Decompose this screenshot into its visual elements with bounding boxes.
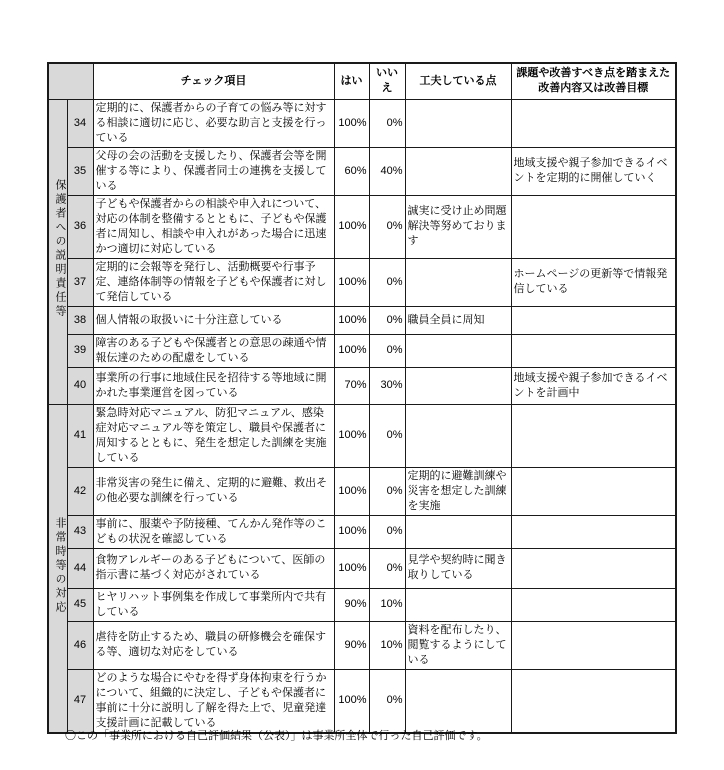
row-number: 47 xyxy=(67,669,93,733)
devised-point-text: 誠実に受け止め問題解決等努めております xyxy=(405,195,511,258)
column-header-devised-points: 工夫している点 xyxy=(405,63,511,99)
improvement-note-text xyxy=(511,548,676,588)
yes-percent: 100% xyxy=(334,195,369,258)
yes-percent: 100% xyxy=(334,404,369,467)
yes-percent: 100% xyxy=(334,515,369,548)
row-number: 42 xyxy=(67,467,93,515)
table-row: 43事前に、服薬や予防接種、てんかん発作等のこどもの状況を確認している100%0… xyxy=(48,515,676,548)
devised-point-text xyxy=(405,669,511,733)
no-percent: 10% xyxy=(369,588,405,621)
row-number: 41 xyxy=(67,404,93,467)
row-number: 34 xyxy=(67,99,93,147)
yes-percent: 100% xyxy=(334,99,369,147)
no-percent: 0% xyxy=(369,515,405,548)
no-percent: 0% xyxy=(369,99,405,147)
no-percent: 30% xyxy=(369,367,405,404)
self-evaluation-table: チェック項目 はい いいえ 工夫している点 課題や改善すべき点を踏まえた改善内容… xyxy=(47,62,677,734)
section-label: 非常時等の対応 xyxy=(48,404,67,733)
table-row: 42非常災害の発生に備え、定期的に避難、救出その他必要な訓練を行っている100%… xyxy=(48,467,676,515)
no-percent: 0% xyxy=(369,404,405,467)
check-item-text: 障害のある子どもや保護者との意思の疎通や情報伝達のための配慮をしている xyxy=(93,334,334,367)
row-number: 38 xyxy=(67,306,93,334)
corner-cell xyxy=(48,63,93,99)
improvement-note-text xyxy=(511,99,676,147)
row-number: 43 xyxy=(67,515,93,548)
yes-percent: 100% xyxy=(334,306,369,334)
check-item-text: 非常災害の発生に備え、定期的に避難、救出その他必要な訓練を行っている xyxy=(93,467,334,515)
devised-point-text xyxy=(405,334,511,367)
check-item-text: 食物アレルギーのある子どもについて、医師の指示書に基づく対応がされている xyxy=(93,548,334,588)
row-number: 37 xyxy=(67,258,93,306)
table-row: 35父母の会の活動を支援したり、保護者会等を開催する等により、保護者同士の連携を… xyxy=(48,147,676,195)
devised-point-text xyxy=(405,99,511,147)
table-row: 非常時等の対応41緊急時対応マニュアル、防犯マニュアル、感染症対応マニュアル等を… xyxy=(48,404,676,467)
no-percent: 40% xyxy=(369,147,405,195)
devised-point-text xyxy=(405,147,511,195)
no-percent: 0% xyxy=(369,195,405,258)
check-item-text: 父母の会の活動を支援したり、保護者会等を開催する等により、保護者同士の連携を支援… xyxy=(93,147,334,195)
improvement-note-text: 地域支援や親子参加できるイベントを定期的に開催していく xyxy=(511,147,676,195)
improvement-note-text xyxy=(511,621,676,669)
yes-percent: 100% xyxy=(334,669,369,733)
devised-point-text xyxy=(405,515,511,548)
no-percent: 0% xyxy=(369,334,405,367)
column-header-no: いいえ xyxy=(369,63,405,99)
table-row: 36子どもや保護者からの相談や申入れについて、対応の体制を整備するとともに、子ど… xyxy=(48,195,676,258)
check-item-text: 個人情報の取扱いに十分注意している xyxy=(93,306,334,334)
table-row: 45ヒヤリハット事例集を作成して事業所内で共有している90%10% xyxy=(48,588,676,621)
devised-point-text xyxy=(405,367,511,404)
table-row: 47どのような場合にやむを得ず身体拘束を行うかについて、組織的に決定し、子どもや… xyxy=(48,669,676,733)
yes-percent: 100% xyxy=(334,467,369,515)
table-row: 40事業所の行事に地域住民を招待する等地域に開かれた事業運営を図っている70%3… xyxy=(48,367,676,404)
check-item-text: 子どもや保護者からの相談や申入れについて、対応の体制を整備するとともに、子どもや… xyxy=(93,195,334,258)
table-row: 44食物アレルギーのある子どもについて、医師の指示書に基づく対応がされている10… xyxy=(48,548,676,588)
section-label-text: 非常時等の対応 xyxy=(51,517,67,615)
yes-percent: 100% xyxy=(334,258,369,306)
devised-point-text xyxy=(405,258,511,306)
table-row: 37定期的に会報等を発行し、活動概要や行事予定、連絡体制等の情報を子どもや保護者… xyxy=(48,258,676,306)
row-number: 40 xyxy=(67,367,93,404)
row-number: 35 xyxy=(67,147,93,195)
improvement-note-text xyxy=(511,669,676,733)
table-row: 39障害のある子どもや保護者との意思の疎通や情報伝達のための配慮をしている100… xyxy=(48,334,676,367)
check-item-text: 事前に、服薬や予防接種、てんかん発作等のこどもの状況を確認している xyxy=(93,515,334,548)
header-row: チェック項目 はい いいえ 工夫している点 課題や改善すべき点を踏まえた改善内容… xyxy=(48,63,676,99)
devised-point-text: 資料を配布したり、閲覧するようにしている xyxy=(405,621,511,669)
table-row: 46虐待を防止するため、職員の研修機会を確保する等、適切な対応をしている90%1… xyxy=(48,621,676,669)
improvement-note-text: 地域支援や親子参加できるイベントを計画中 xyxy=(511,367,676,404)
row-number: 36 xyxy=(67,195,93,258)
improvement-note-text xyxy=(511,515,676,548)
no-percent: 0% xyxy=(369,467,405,515)
improvement-note-text xyxy=(511,404,676,467)
improvement-note-text xyxy=(511,306,676,334)
yes-percent: 100% xyxy=(334,548,369,588)
devised-point-text xyxy=(405,588,511,621)
column-header-improvement-goal: 課題や改善すべき点を踏まえた改善内容又は改善目標 xyxy=(511,63,676,99)
check-item-text: 定期的に、保護者からの子育ての悩み等に対する相談に適切に応じ、必要な助言と支援を… xyxy=(93,99,334,147)
row-number: 45 xyxy=(67,588,93,621)
improvement-note-text xyxy=(511,195,676,258)
no-percent: 0% xyxy=(369,258,405,306)
check-item-text: 事業所の行事に地域住民を招待する等地域に開かれた事業運営を図っている xyxy=(93,367,334,404)
devised-point-text: 職員全員に周知 xyxy=(405,306,511,334)
check-item-text: 緊急時対応マニュアル、防犯マニュアル、感染症対応マニュアル等を策定し、職員や保護… xyxy=(93,404,334,467)
yes-percent: 60% xyxy=(334,147,369,195)
column-header-yes: はい xyxy=(334,63,369,99)
devised-point-text xyxy=(405,404,511,467)
improvement-note-text xyxy=(511,334,676,367)
section-label: 保護者への説明責任等 xyxy=(48,99,67,404)
table-row: 保護者への説明責任等34定期的に、保護者からの子育ての悩み等に対する相談に適切に… xyxy=(48,99,676,147)
column-header-check-item: チェック項目 xyxy=(93,63,334,99)
footnote: 〇この「事業所における自己評価結果（公表）」は事業所全体で行った自己評価です。 xyxy=(65,729,488,743)
check-item-text: 定期的に会報等を発行し、活動概要や行事予定、連絡体制等の情報を子どもや保護者に対… xyxy=(93,258,334,306)
row-number: 39 xyxy=(67,334,93,367)
improvement-note-text xyxy=(511,588,676,621)
row-number: 46 xyxy=(67,621,93,669)
no-percent: 0% xyxy=(369,669,405,733)
page: チェック項目 はい いいえ 工夫している点 課題や改善すべき点を踏まえた改善内容… xyxy=(0,0,724,770)
devised-point-text: 定期的に避難訓練や災害を想定した訓練を実施 xyxy=(405,467,511,515)
row-number: 44 xyxy=(67,548,93,588)
yes-percent: 90% xyxy=(334,588,369,621)
no-percent: 10% xyxy=(369,621,405,669)
yes-percent: 100% xyxy=(334,334,369,367)
devised-point-text: 見学や契約時に聞き取りしている xyxy=(405,548,511,588)
section-label-text: 保護者への説明責任等 xyxy=(51,179,67,319)
no-percent: 0% xyxy=(369,548,405,588)
table-row: 38個人情報の取扱いに十分注意している100%0%職員全員に周知 xyxy=(48,306,676,334)
no-percent: 0% xyxy=(369,306,405,334)
check-item-text: 虐待を防止するため、職員の研修機会を確保する等、適切な対応をしている xyxy=(93,621,334,669)
yes-percent: 70% xyxy=(334,367,369,404)
check-item-text: どのような場合にやむを得ず身体拘束を行うかについて、組織的に決定し、子どもや保護… xyxy=(93,669,334,733)
improvement-note-text: ホームページの更新等で情報発信している xyxy=(511,258,676,306)
check-item-text: ヒヤリハット事例集を作成して事業所内で共有している xyxy=(93,588,334,621)
improvement-note-text xyxy=(511,467,676,515)
yes-percent: 90% xyxy=(334,621,369,669)
